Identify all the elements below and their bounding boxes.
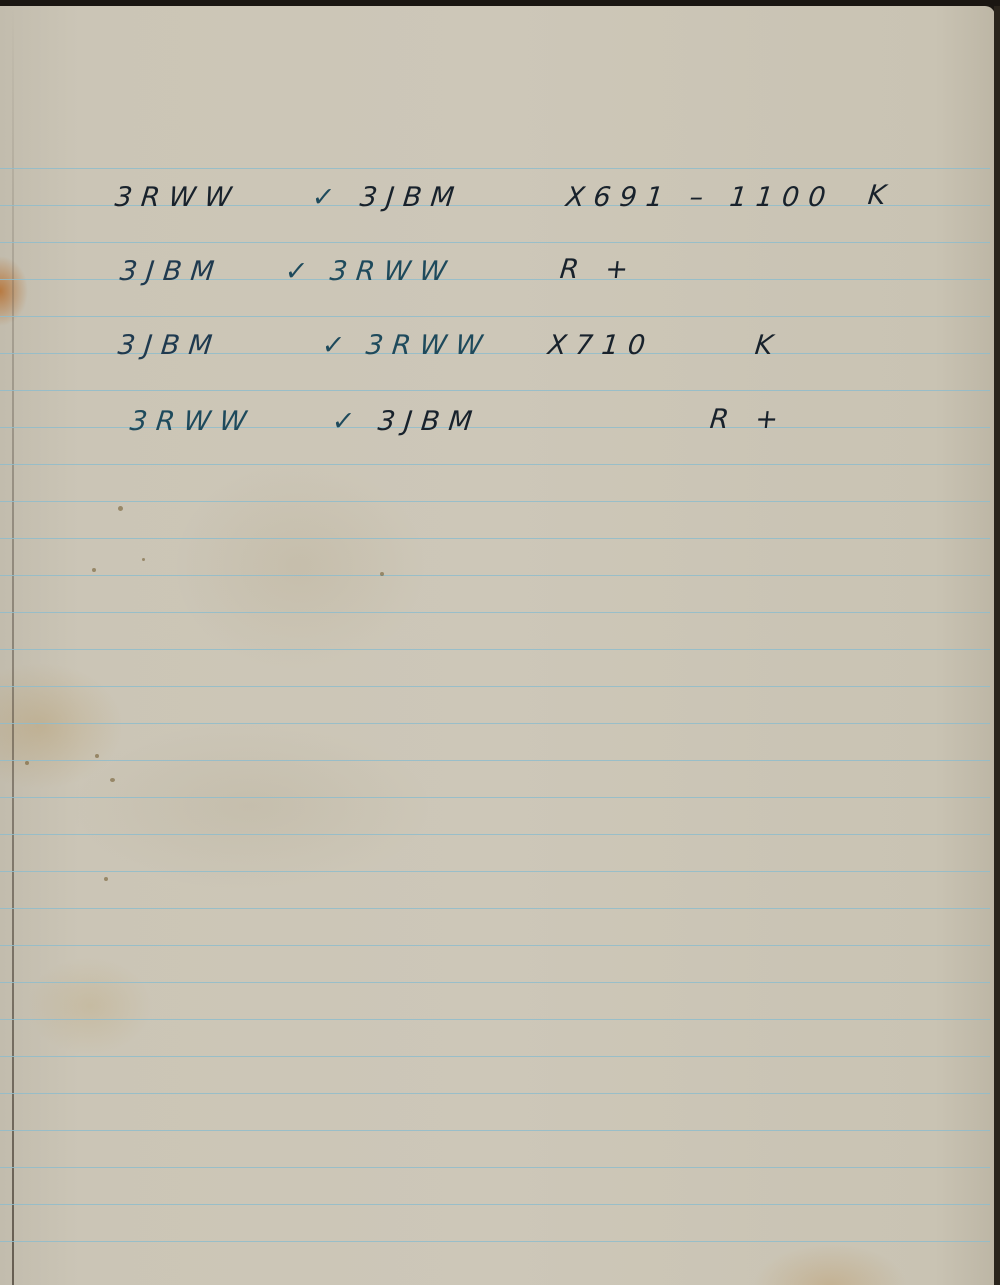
ruled-line [0,1204,990,1205]
stain-spot [142,558,145,561]
check-mark: ✓ [311,184,345,211]
station-b: 3RWW [365,332,493,359]
ruled-line [0,612,990,613]
entry-note: R + [559,256,639,283]
check-mark: ✓ [331,408,365,435]
station-b: 3JBM [377,408,483,435]
station-a: 3JBM [119,258,225,285]
stain-spot [25,761,29,765]
station-a: 3RWW [114,184,242,211]
ruled-line [0,945,990,946]
ruled-line [0,871,990,872]
notebook-page: 3RWW ✓ 3JBM X691 – 1100 K 3JBM ✓ 3RWW R … [0,6,995,1285]
entry-mark: K [867,182,897,209]
stain-spot [92,568,96,572]
stain-spot [118,506,123,511]
ruled-line [0,908,990,909]
ruled-line [0,1167,990,1168]
entry-mark: R + [709,406,789,433]
ruled-line [0,1056,990,1057]
ruled-line [0,464,990,465]
ruled-line [0,242,990,243]
stain-spot [380,572,384,576]
ruled-line [0,1019,990,1020]
entry-mark: K [754,332,784,359]
ruled-line [0,723,990,724]
stain-spot [104,877,108,881]
ruled-line [0,1241,990,1242]
check-mark: ✓ [321,332,355,359]
station-a: 3RWW [129,408,257,435]
ruled-line [0,760,990,761]
ruled-line [0,390,990,391]
page-edge-shadow [994,6,1000,1285]
stain-spot [110,778,115,782]
ruled-line [0,686,990,687]
stain-spot [95,754,99,758]
ruled-line [0,538,990,539]
ruled-line [0,982,990,983]
station-b: 3JBM [359,184,465,211]
ruled-line [0,501,990,502]
ruled-line [0,575,990,576]
ruled-line [0,649,990,650]
ruled-line [0,168,990,169]
station-a: 3JBM [117,332,223,359]
ruled-line [0,797,990,798]
check-mark: ✓ [284,258,318,285]
entry-note: X710 [547,332,656,359]
ruled-line [0,1093,990,1094]
entry-note: X691 – 1100 [565,184,836,211]
ruled-line [0,1130,990,1131]
station-b: 3RWW [329,258,457,285]
ruled-line [0,834,990,835]
ruled-line [0,316,990,317]
